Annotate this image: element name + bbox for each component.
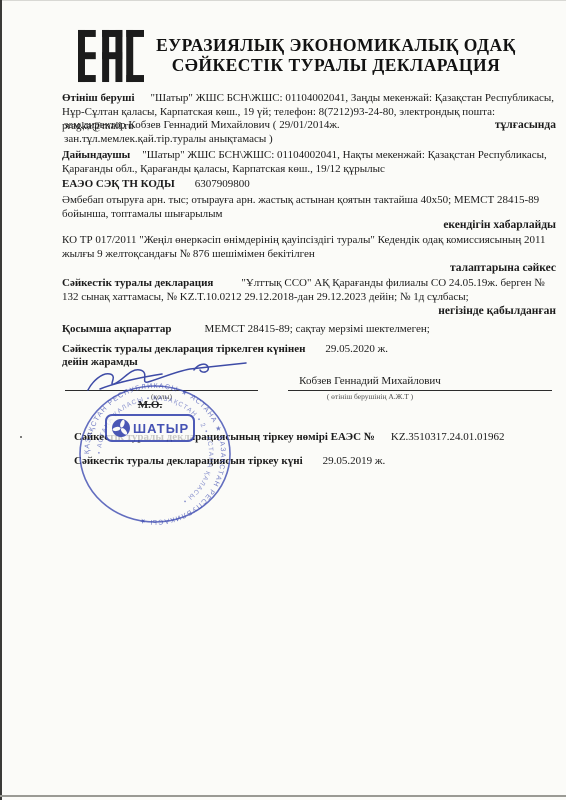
regulation-text: КО ТР 017/2011 "Жеңіл өнеркәсіп өнімдері… bbox=[62, 234, 558, 262]
validity-label-line1: Сәйкестік туралы декларация тіркелген кү… bbox=[62, 343, 305, 355]
declares-phrase: екендігін хабарлайды bbox=[443, 219, 556, 231]
declaration-basis-label: Сәйкестік туралы декларация bbox=[62, 277, 213, 289]
manufacturer-value: "Шатыр" ЖШС БСН\ЖШС: 01104002041, Нақты … bbox=[62, 149, 547, 175]
validity-date: 29.05.2020 ж. bbox=[325, 343, 388, 355]
registration-number-value: KZ.3510317.24.01.01962 bbox=[391, 431, 505, 443]
applicant-representative: зам.директор Кобзев Геннадий Михайлович … bbox=[64, 119, 464, 147]
declaration-basis-block: Сәйкестік туралы декларация"Ұлттық ССО" … bbox=[62, 277, 562, 305]
manufacturer-block: Дайындаушы"Шатыр" ЖШС БСН\ЖШС: 011040020… bbox=[62, 149, 558, 177]
manufacturer-label: Дайындаушы bbox=[62, 149, 130, 161]
svg-text:• АСТАНА ҚАЛАСЫ • ҚАЗАҚСТАН •: • АСТАНА ҚАЛАСЫ • ҚАЗАҚСТАН • 2 • АСТАНА… bbox=[96, 395, 214, 505]
tn-code-value: 6307909800 bbox=[195, 178, 250, 190]
adopted-phrase: негізінде қабылданған bbox=[438, 305, 556, 317]
seal-place-mark: М.О. bbox=[118, 399, 182, 411]
tn-code-label: ЕАЭО СЭҚ ТН КОДЫ bbox=[62, 178, 175, 190]
product-description: Әмбебап отыруға арн. тыс; отырауға арн. … bbox=[62, 194, 558, 222]
registration-date-label: Сәйкестік туралы декларациясын тіркеу кү… bbox=[74, 455, 303, 467]
scan-speck bbox=[20, 436, 22, 438]
registration-date-value: 29.05.2019 ж. bbox=[323, 455, 386, 467]
applicant-in-person: тұлғасында bbox=[495, 119, 556, 131]
additional-info-value: МЕМСТ 28415-89; сақтау мерзімі шектелмег… bbox=[205, 323, 430, 335]
validity-row: Сәйкестік туралы декларация тіркелген кү… bbox=[62, 343, 562, 357]
scan-edge-left bbox=[0, 0, 2, 800]
eac-logo-icon bbox=[78, 27, 144, 85]
declaration-document: ЕУРАЗИЯЛЫҚ ЭКОНОМИКАЛЫҚ ОДАҚ СӘЙКЕСТІК Т… bbox=[0, 0, 566, 800]
scan-edge-top bbox=[0, 0, 566, 1]
registration-date-row: Сәйкестік туралы декларациясын тіркеу кү… bbox=[74, 455, 564, 467]
additional-info-row: Қосымша ақпараттарМЕМСТ 28415-89; сақтау… bbox=[62, 323, 558, 337]
signer-name-line bbox=[288, 390, 552, 391]
scan-edge-bottom bbox=[0, 795, 566, 797]
applicant-label: Өтініш беруші bbox=[62, 92, 135, 104]
signer-name: Кобзев Геннадий Михайлович bbox=[288, 375, 452, 387]
document-title: ЕУРАЗИЯЛЫҚ ЭКОНОМИКАЛЫҚ ОДАҚ СӘЙКЕСТІК Т… bbox=[140, 36, 532, 75]
stamp-ring-text-inner: • АСТАНА ҚАЛАСЫ • ҚАЗАҚСТАН • 2 • АСТАНА… bbox=[96, 395, 214, 505]
additional-info-label: Қосымша ақпараттар bbox=[62, 323, 172, 335]
tn-code-row: ЕАЭО СЭҚ ТН КОДЫ6307909800 bbox=[62, 178, 558, 192]
document-title-line2: СӘЙКЕСТІК ТУРАЛЫ ДЕКЛАРАЦИЯ bbox=[140, 56, 532, 76]
document-title-line1: ЕУРАЗИЯЛЫҚ ЭКОНОМИКАЛЫҚ ОДАҚ bbox=[140, 36, 532, 56]
handwritten-signature bbox=[78, 360, 258, 394]
complies-phrase: талаптарына сәйкес bbox=[450, 262, 556, 274]
registration-number-row: Сәйкестік туралы декларациясының тіркеу … bbox=[74, 431, 564, 443]
registration-number-label: Сәйкестік туралы декларациясының тіркеу … bbox=[74, 431, 375, 443]
signer-name-caption: ( өтініш берушінің А.Ж.Т ) bbox=[288, 392, 452, 401]
